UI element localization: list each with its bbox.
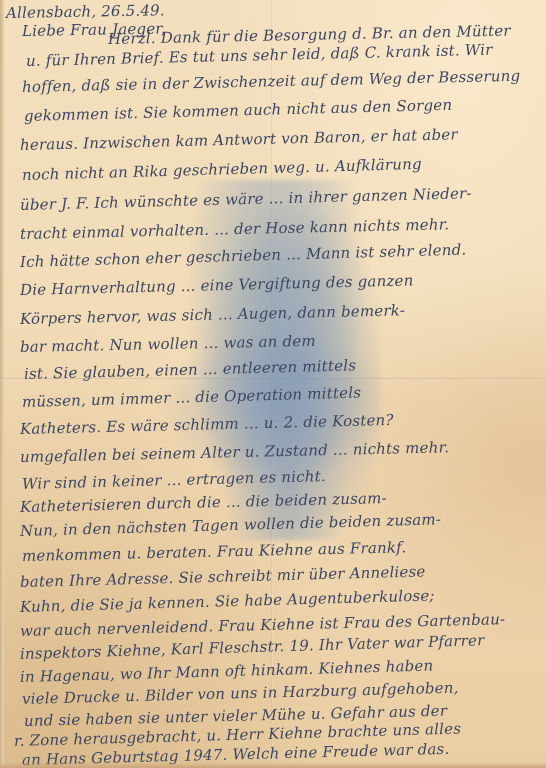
letter-line: u. für Ihren Brief. Es tut uns sehr leid…	[26, 41, 493, 70]
letter-line: Kuhn, die Sie ja kennen. Sie habe Augent…	[20, 586, 435, 616]
letter-page: Allensbach, 26.5.49. Liebe Frau Jaeger, …	[0, 0, 546, 768]
paper-left-edge	[0, 0, 4, 768]
place-date: Allensbach, 26.5.49.	[6, 1, 165, 22]
letter-line: menkommen u. beraten. Frau Kiehne aus Fr…	[22, 538, 407, 565]
letter-line: gekommen ist. Sie kommen auch nicht aus …	[24, 96, 453, 125]
paper-bottom-edge	[0, 762, 546, 768]
letter-line: heraus. Inzwischen kam Antwort von Baron…	[20, 125, 458, 154]
letter-line: baten Ihre Adresse. Sie schreibt mir übe…	[20, 562, 426, 591]
